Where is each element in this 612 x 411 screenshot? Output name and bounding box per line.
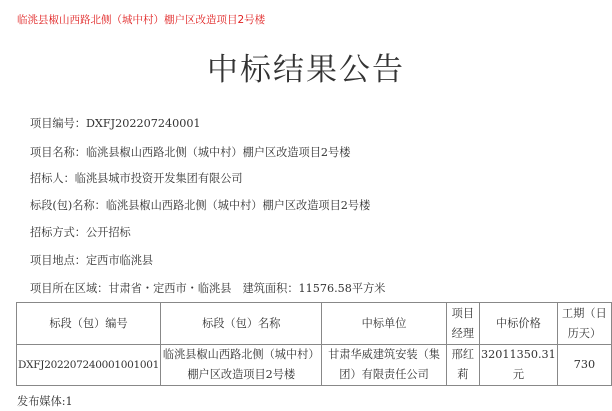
info-value: 公开招标 — [86, 226, 131, 239]
header-duration: 工期（日历天） — [557, 303, 611, 345]
result-table: 标段（包）编号 标段（包）名称 中标单位 项目经理 中标价格 工期（日历天） D… — [16, 302, 612, 386]
info-label: 项目编号： — [30, 117, 86, 130]
info-project-name: 项目名称：临洮县椒山西路北侧（城中村）棚户区改造项目2号楼 — [30, 144, 350, 160]
header-price: 中标价格 — [480, 303, 558, 345]
info-tender-method: 招标方式：公开招标 — [30, 224, 131, 240]
info-tenderer: 招标人：临洮县城市投资开发集团有限公司 — [30, 170, 243, 186]
info-value: 定西市临洮县 — [86, 254, 153, 267]
cell-price: 32011350.31元 — [480, 345, 558, 386]
info-region: 项目所在区域：甘肃省・定西市・临洮县 建筑面积：11576.58平方米 — [30, 280, 385, 296]
info-value: 临洮县椒山西路北侧（城中村）棚户区改造项目2号楼 — [86, 146, 350, 159]
info-value: DXFJ202207240001 — [86, 117, 201, 130]
header-lot-name: 标段（包）名称 — [161, 303, 322, 345]
cell-duration: 730 — [557, 345, 611, 386]
page-title: 中标结果公告 — [0, 44, 612, 89]
info-value: 甘肃省・定西市・临洮县 建筑面积：11576.58平方米 — [108, 282, 385, 295]
breadcrumb-title: 临洮县椒山西路北侧（城中村）棚户区改造项目2号楼 — [17, 12, 265, 27]
info-value: 临洮县椒山西路北侧（城中村）棚户区改造项目2号楼 — [106, 199, 370, 212]
table-row: DXFJ202207240001001001 临洮县椒山西路北侧（城中村）棚户区… — [17, 345, 612, 386]
info-label: 招标人： — [30, 172, 75, 185]
publish-media: 发布媒体:1 — [17, 393, 73, 409]
info-value: 临洮县城市投资开发集团有限公司 — [75, 172, 243, 185]
info-label: 招标方式： — [30, 226, 86, 239]
info-location: 项目地点：定西市临洮县 — [30, 252, 153, 268]
info-label: 标段(包)名称： — [30, 199, 106, 212]
info-label: 项目地点： — [30, 254, 86, 267]
info-project-number: 项目编号：DXFJ202207240001 — [30, 115, 201, 131]
info-lot-name: 标段(包)名称：临洮县椒山西路北侧（城中村）棚户区改造项目2号楼 — [30, 197, 370, 213]
cell-manager: 邢红莉 — [446, 345, 479, 386]
cell-winner: 甘肃华威建筑安装（集团）有限责任公司 — [322, 345, 446, 386]
cell-lot-name: 临洮县椒山西路北侧（城中村）棚户区改造项目2号楼 — [161, 345, 322, 386]
info-label: 项目名称： — [30, 146, 86, 159]
cell-lot-number: DXFJ202207240001001001 — [17, 345, 161, 386]
info-label: 项目所在区域： — [30, 282, 108, 295]
table-header-row: 标段（包）编号 标段（包）名称 中标单位 项目经理 中标价格 工期（日历天） — [17, 303, 612, 345]
header-winner: 中标单位 — [322, 303, 446, 345]
header-manager: 项目经理 — [446, 303, 479, 345]
header-lot-number: 标段（包）编号 — [17, 303, 161, 345]
